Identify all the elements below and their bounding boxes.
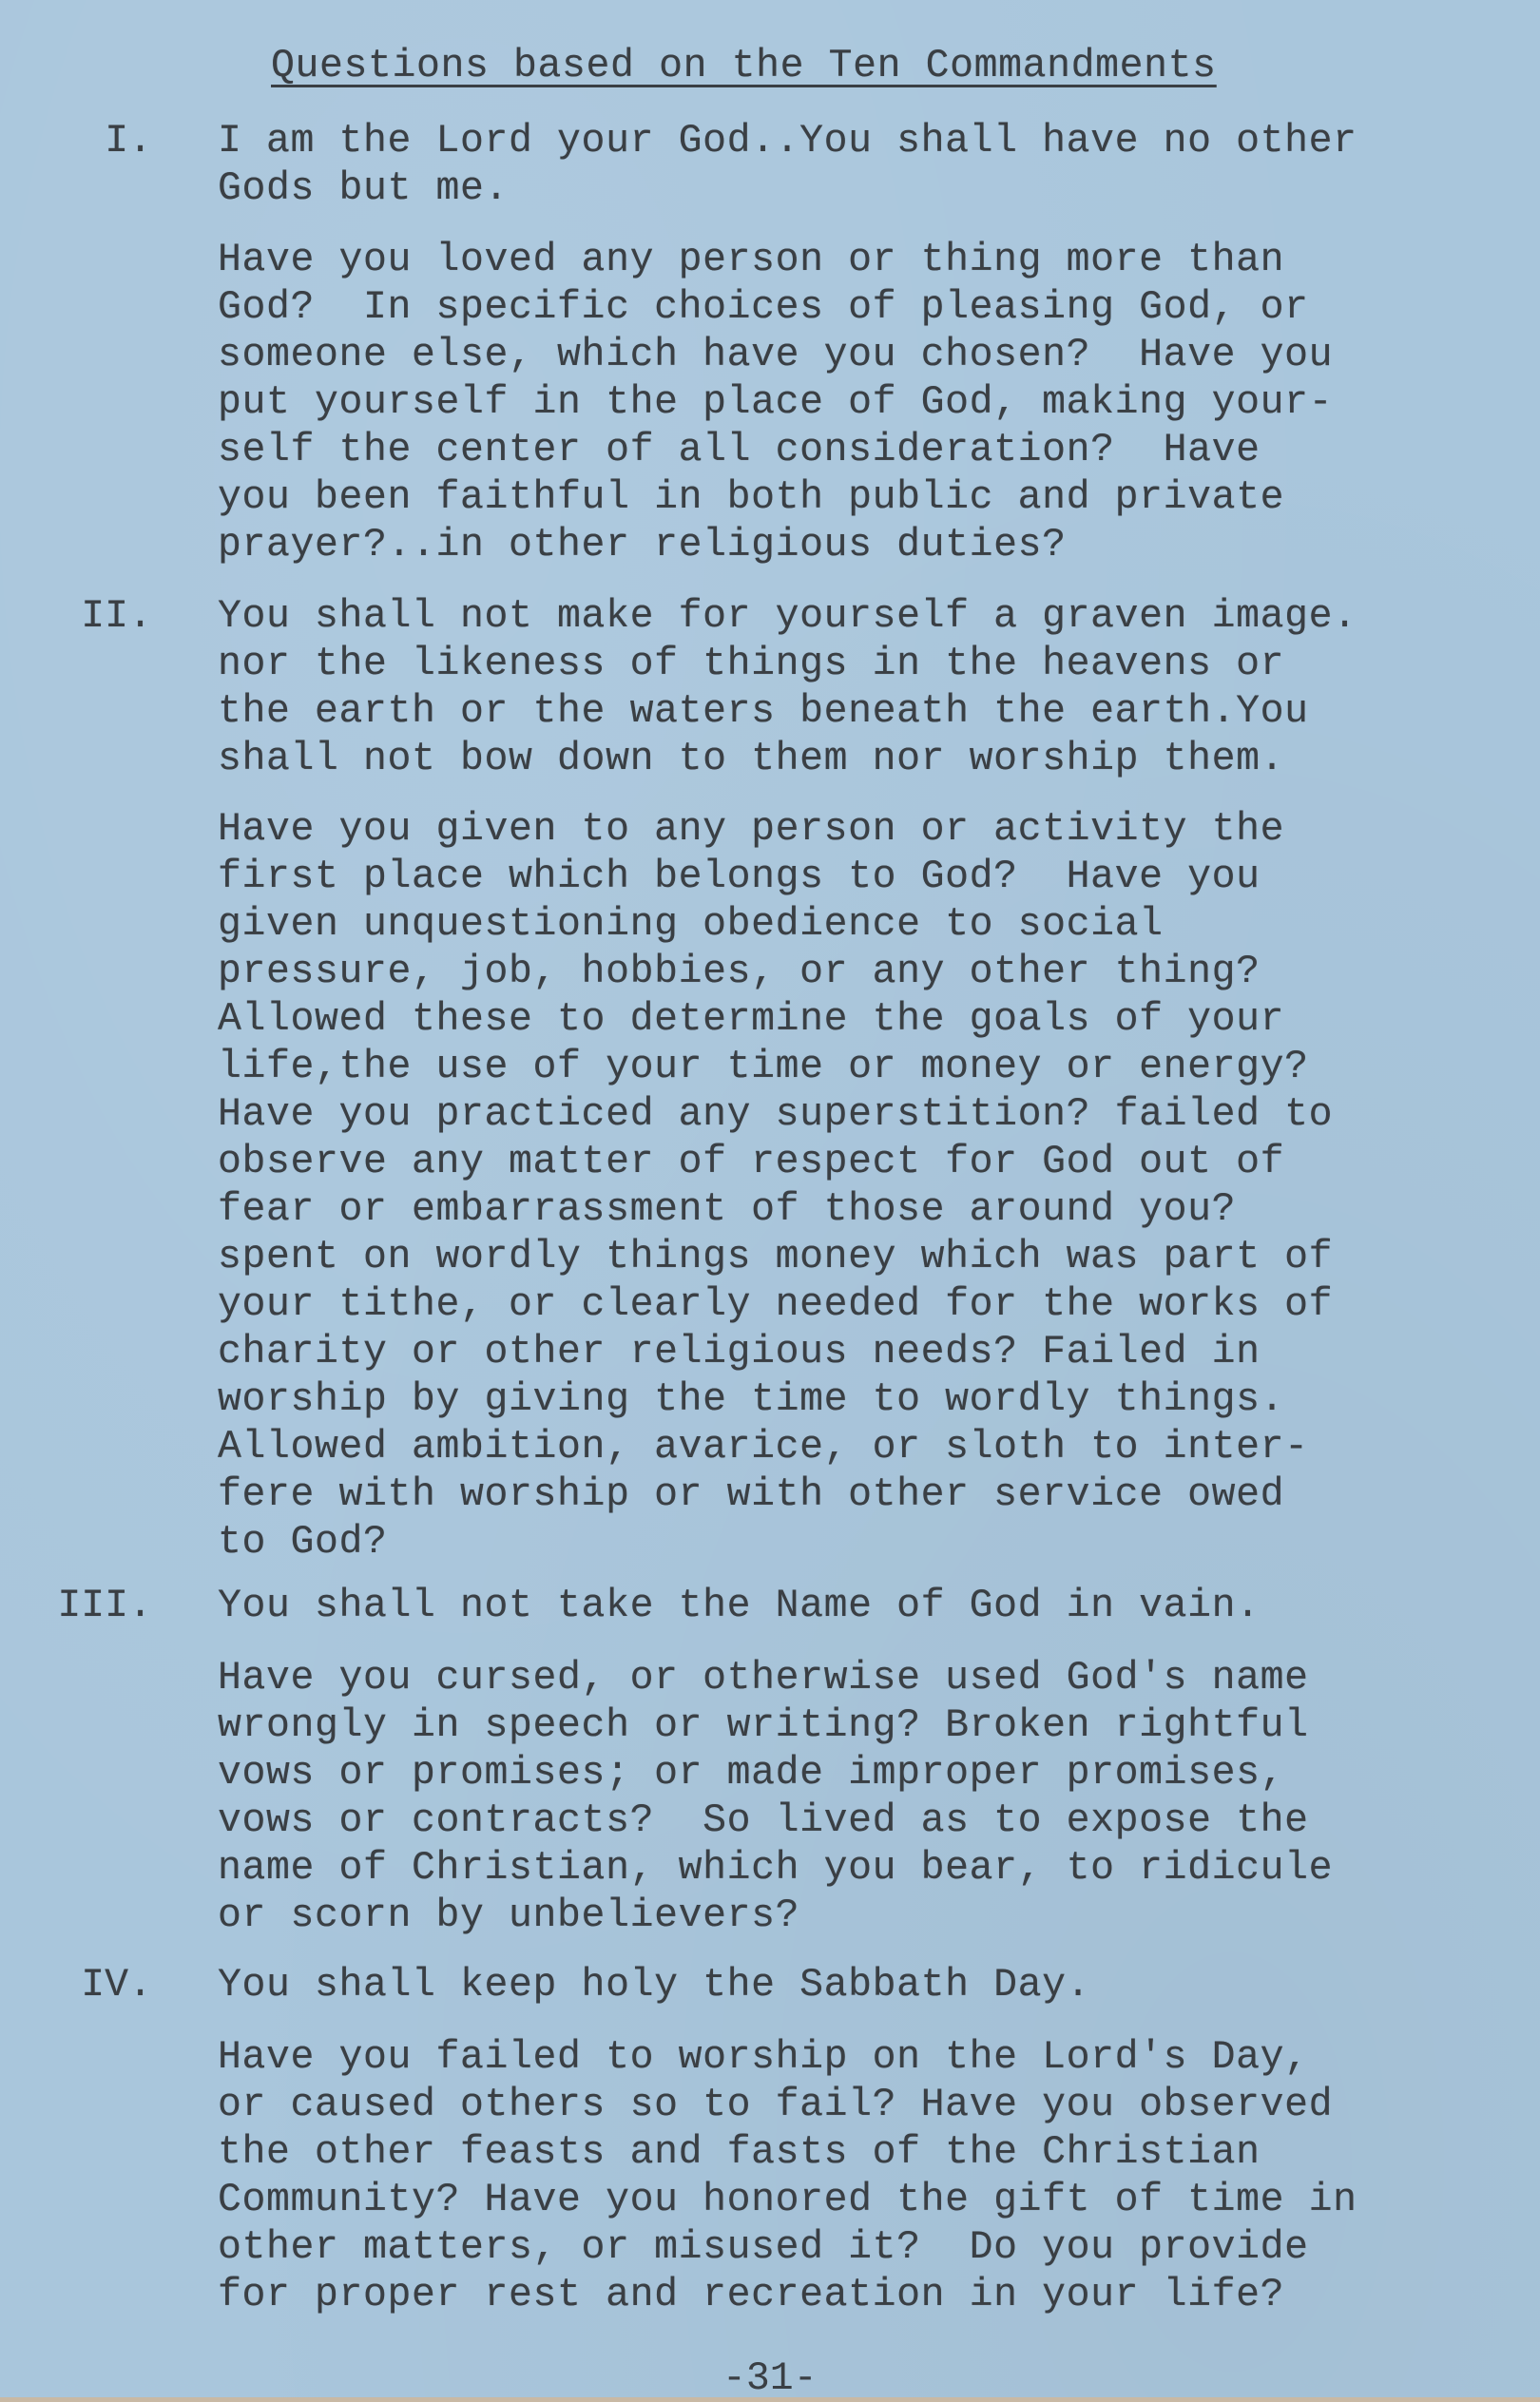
commandment-questions: Have you loved any person or thing more … — [218, 237, 1333, 569]
page-title: Questions based on the Ten Commandments — [271, 43, 1217, 90]
commandment-questions: Have you cursed, or otherwise used God's… — [218, 1655, 1333, 1940]
commandment-statement: You shall not make for yourself a graven… — [218, 593, 1357, 783]
commandment-numeral: II. — [0, 593, 152, 641]
commandment-numeral: I. — [0, 118, 152, 165]
page-number: -31- — [722, 2355, 818, 2402]
commandment-statement: You shall keep holy the Sabbath Day. — [218, 1962, 1090, 2009]
commandment-statement: You shall not take the Name of God in va… — [218, 1583, 1261, 1630]
commandment-statement: I am the Lord your God..You shall have n… — [218, 118, 1357, 213]
page-bottom-edge — [0, 2397, 1540, 2402]
commandment-questions: Have you given to any person or activity… — [218, 806, 1333, 1566]
commandment-numeral: IV. — [0, 1962, 152, 2009]
scanned-page: Questions based on the Ten Commandments … — [0, 0, 1540, 2402]
commandment-numeral: III. — [0, 1583, 152, 1630]
commandment-questions: Have you failed to worship on the Lord's… — [218, 2034, 1357, 2319]
